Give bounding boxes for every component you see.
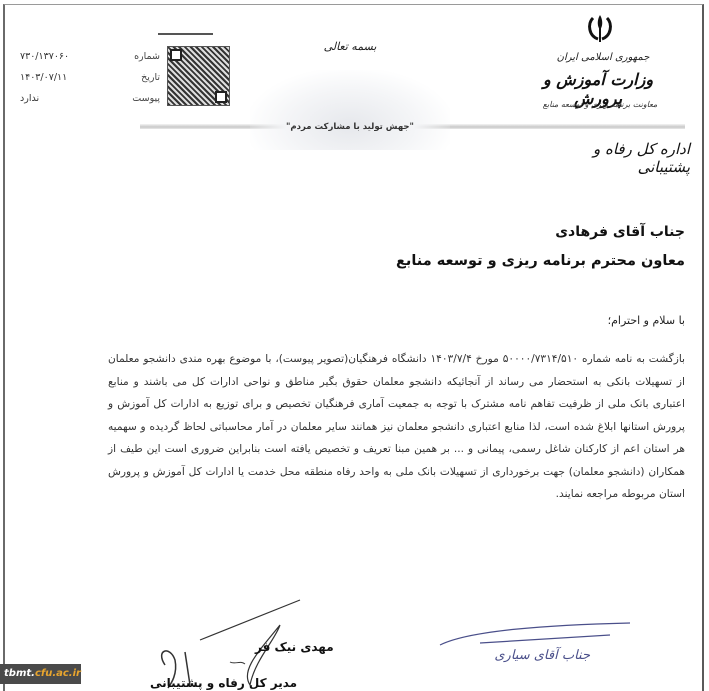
date-value: ۱۴۰۳/۰۷/۱۱ xyxy=(20,72,67,83)
letter-body: بازگشت به نامه شماره ۵۰۰۰۰/۷۳۱۴/۵۱۰ مورخ… xyxy=(108,348,685,506)
meta-number-row: شماره ۷۳۰/۱۳۷۰۶۰ xyxy=(20,46,160,67)
site-watermark[interactable]: tbmt.cfu.ac.ir xyxy=(0,664,81,684)
handwritten-note: جناب آقای سیاری xyxy=(420,648,590,663)
signatory-title: مدیر کل رفاه و پشتیبانی xyxy=(150,676,297,690)
attachment-label: پیوست xyxy=(132,93,160,104)
republic-heading: جمهوری اسلامی ایران xyxy=(548,52,658,63)
letter-meta: شماره ۷۳۰/۱۳۷۰۶۰ تاریخ ۱۴۰۳/۰۷/۱۱ پیوست … xyxy=(20,46,160,109)
attachment-value: ندارد xyxy=(20,93,39,104)
date-label: تاریخ xyxy=(141,72,160,83)
watermark-domain: cfu.ac.ir xyxy=(35,668,81,679)
bismillah: بسمه تعالی xyxy=(310,40,390,53)
number-label: شماره xyxy=(134,51,160,62)
slogan-background xyxy=(250,70,450,150)
meta-attachment-row: پیوست ندارد xyxy=(20,88,160,109)
addressee-title: معاون محترم برنامه ریزی و توسعه منابع xyxy=(396,253,685,269)
qr-code-icon xyxy=(167,46,230,106)
body-paragraph: بازگشت به نامه شماره ۵۰۰۰۰/۷۳۱۴/۵۱۰ مورخ… xyxy=(108,348,685,506)
number-value: ۷۳۰/۱۳۷۰۶۰ xyxy=(20,51,69,62)
addressee-name: جناب آقای فرهادی xyxy=(555,224,685,240)
signatory-name: مهدی نیک فر xyxy=(255,640,334,654)
meta-date-row: تاریخ ۱۴۰۳/۰۷/۱۱ xyxy=(20,67,160,88)
salutation: با سلام و احترام؛ xyxy=(608,314,685,327)
qr-divider xyxy=(158,33,213,35)
department-heading: اداره کل رفاه و پشتیبانی xyxy=(540,140,690,176)
iran-emblem-icon xyxy=(583,12,617,46)
watermark-prefix: tbmt. xyxy=(4,668,35,679)
slogan: "جهش تولید با مشارکت مردم" xyxy=(250,122,450,132)
deputy-heading: معاونت برنامه ریزی و توسعه منابع xyxy=(520,100,680,109)
